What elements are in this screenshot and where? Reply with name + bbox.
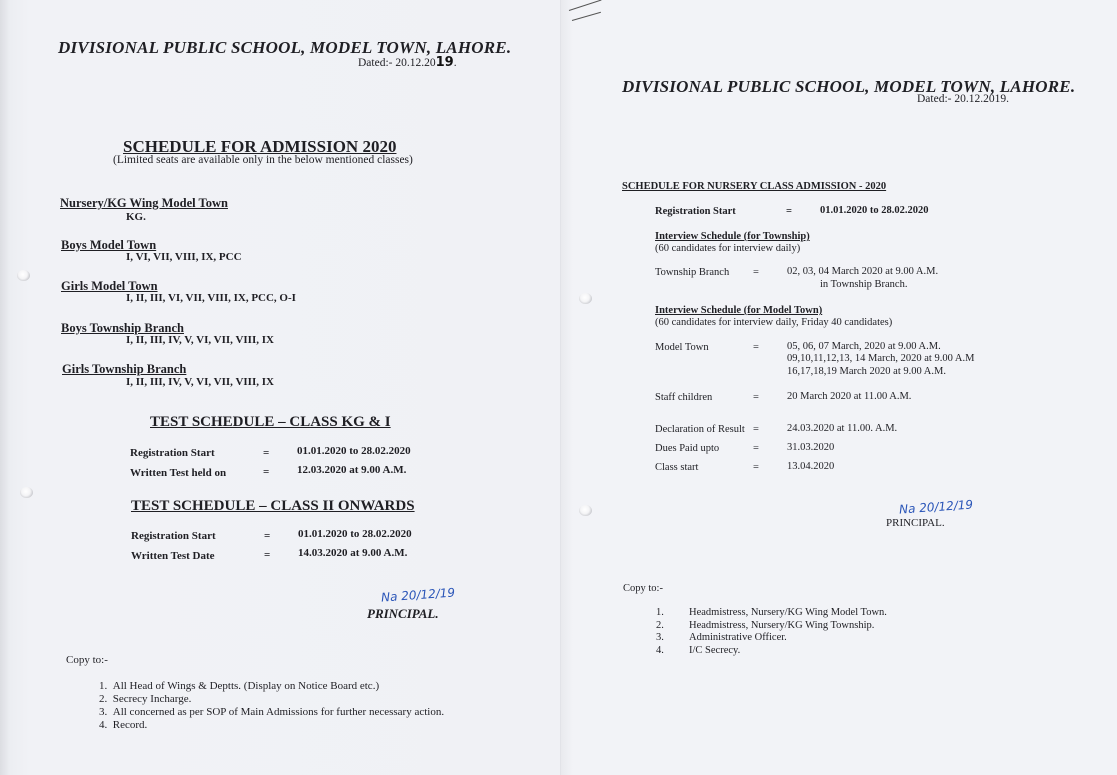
row-label: Registration Start <box>131 530 216 542</box>
wing-classes: I, II, III, VI, VII, VIII, IX, PCC, O-I <box>126 292 296 304</box>
page-subtitle: (Limited seats are available only in the… <box>113 154 413 166</box>
row-value: in Township Branch. <box>820 279 907 290</box>
township-heading: Interview Schedule (for Township) <box>655 231 810 242</box>
item-number: 2. <box>99 693 107 705</box>
row-separator: = <box>264 549 270 561</box>
row-separator: = <box>753 392 759 403</box>
row-value: 12.03.2020 at 9.00 A.M. <box>297 464 406 476</box>
model-town-note: (60 candidates for interview daily, Frid… <box>655 317 892 328</box>
row-separator: = <box>264 530 270 542</box>
row-label: Staff children <box>655 392 712 403</box>
item-text: Headmistress, Nursery/KG Wing Township. <box>689 620 874 631</box>
item-text: I/C Secrecy. <box>689 645 740 656</box>
row-separator: = <box>753 342 759 353</box>
copy-to-label: Copy to:- <box>66 654 108 666</box>
row-value: 02, 03, 04 March 2020 at 9.00 A.M. <box>787 266 938 277</box>
row-value: 16,17,18,19 March 2020 at 9.00 A.M. <box>787 366 946 377</box>
row-value: 20 March 2020 at 11.00 A.M. <box>787 391 911 402</box>
row-value: 24.03.2020 at 11.00. A.M. <box>787 423 897 434</box>
copy-to-item: 3. All concerned as per SOP of Main Admi… <box>99 706 444 718</box>
row-separator: = <box>786 206 792 217</box>
pen-mark <box>569 0 602 11</box>
copy-to-label: Copy to:- <box>623 583 663 594</box>
row-label: Written Test Date <box>131 550 215 562</box>
copy-to-item: 1. All Head of Wings & Deptts. (Display … <box>99 680 379 692</box>
signatory-title: PRINCIPAL. <box>886 517 945 529</box>
date-suffix: . <box>454 57 457 69</box>
row-value: 05, 06, 07 March, 2020 at 9.00 A.M. <box>787 341 941 352</box>
row-value: 09,10,11,12,13, 14 March, 2020 at 9.00 A… <box>787 353 974 364</box>
item-text: Headmistress, Nursery/KG Wing Model Town… <box>689 607 887 618</box>
row-separator: = <box>263 447 269 459</box>
wing-classes: I, VI, VII, VIII, IX, PCC <box>126 251 242 263</box>
copy-to-item: 4. Record. <box>99 719 147 731</box>
row-separator: = <box>263 466 269 478</box>
row-label: Registration Start <box>130 447 215 459</box>
item-text: All concerned as per SOP of Main Admissi… <box>113 706 444 718</box>
date-line: Dated:- 20.12.2019. <box>917 93 1009 105</box>
item-number: 4. <box>656 645 664 656</box>
wing-classes: I, II, III, IV, V, VI, VII, VIII, IX <box>126 334 274 346</box>
date-text: Dated:- 20.12.20 <box>358 57 436 69</box>
township-note: (60 candidates for interview daily) <box>655 243 800 254</box>
nursery-admission-page: DIVISIONAL PUBLIC SCHOOL, MODEL TOWN, LA… <box>560 0 1117 775</box>
handwritten-year: 19 <box>436 55 454 70</box>
item-text: Administrative Officer. <box>689 632 787 643</box>
item-text: Record. <box>113 719 148 731</box>
copy-to-item: 2. Secrecy Incharge. <box>99 693 191 705</box>
test-schedule-kg-title: TEST SCHEDULE – CLASS KG & I <box>150 414 391 431</box>
row-label: Written Test held on <box>130 467 226 479</box>
date-line: Dated:- 20.12.2019. <box>358 55 457 70</box>
wing-classes: KG. <box>126 211 146 223</box>
signatory-title: PRINCIPAL. <box>367 606 439 622</box>
row-label: Declaration of Result <box>655 424 745 435</box>
item-number: 3. <box>99 706 107 718</box>
punch-hole <box>579 293 592 304</box>
test-schedule-ii-title: TEST SCHEDULE – CLASS II ONWARDS <box>131 498 415 515</box>
item-text: Secrecy Incharge. <box>113 693 192 705</box>
wing-name: Girls Township Branch <box>62 362 186 377</box>
row-value: 01.01.2020 to 28.02.2020 <box>820 205 929 216</box>
punch-hole <box>17 270 30 281</box>
item-number: 2. <box>656 620 664 631</box>
wing-name: Nursery/KG Wing Model Town <box>60 196 228 211</box>
pen-mark <box>572 12 601 21</box>
row-value: 14.03.2020 at 9.00 A.M. <box>298 547 407 559</box>
row-label: Model Town <box>655 342 709 353</box>
punch-hole <box>579 505 592 516</box>
row-value: 13.04.2020 <box>787 461 834 472</box>
item-number: 1. <box>656 607 664 618</box>
model-town-heading: Interview Schedule (for Model Town) <box>655 305 822 316</box>
row-label: Class start <box>655 462 698 473</box>
row-separator: = <box>753 267 759 278</box>
row-label: Township Branch <box>655 267 729 278</box>
item-number: 3. <box>656 632 664 643</box>
page-title: SCHEDULE FOR NURSERY CLASS ADMISSION - 2… <box>622 181 886 192</box>
row-separator: = <box>753 424 759 435</box>
row-separator: = <box>753 443 759 454</box>
row-value: 01.01.2020 to 28.02.2020 <box>298 528 412 540</box>
row-separator: = <box>753 462 759 473</box>
row-label: Registration Start <box>655 206 736 217</box>
principal-signature: Na 20/12/19 <box>899 497 974 516</box>
item-number: 1. <box>99 680 107 692</box>
row-value: 31.03.2020 <box>787 442 834 453</box>
principal-signature: Na 20/12/19 <box>381 585 456 604</box>
punch-hole <box>20 487 33 498</box>
admission-schedule-page: DIVISIONAL PUBLIC SCHOOL, MODEL TOWN, LA… <box>0 0 560 775</box>
item-text: All Head of Wings & Deptts. (Display on … <box>113 680 379 692</box>
row-value: 01.01.2020 to 28.02.2020 <box>297 445 411 457</box>
item-number: 4. <box>99 719 107 731</box>
wing-classes: I, II, III, IV, V, VI, VII, VIII, IX <box>126 376 274 388</box>
row-label: Dues Paid upto <box>655 443 719 454</box>
